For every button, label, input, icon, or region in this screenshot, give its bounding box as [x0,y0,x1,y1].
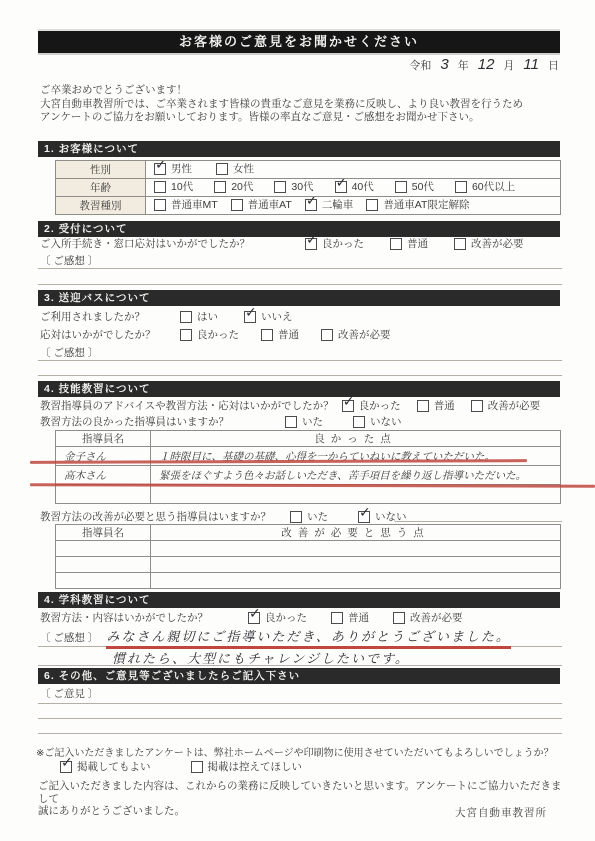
checkbox-unchecked-icon[interactable] [191,761,203,773]
checkbox-option-label: 普通 [348,610,369,625]
checkbox-option[interactable]: 20代 [214,179,253,194]
checkbox-unchecked-icon[interactable] [180,311,192,323]
school-signature: 大宮自動車教習所 [455,805,547,820]
gender-label: 性別 [56,161,146,179]
skill-q1-options: ✓良かった普通改善が必要 [342,398,541,413]
course-label: 教習種別 [56,197,146,215]
checkbox-option-label: 普通 [278,327,299,342]
check-mark: ✓ [306,197,318,207]
date-month-unit: 月 [503,57,514,73]
checkbox-option[interactable]: 普通車AT [231,197,292,212]
theory-comment-1[interactable]: みなさん親切にご指導いただき、ありがとうございました。 [106,626,510,649]
date-year-unit: 年 [458,57,469,73]
reception-feedback-label: 〔 ご感想 〕 [40,253,98,268]
good-point-header: 良かった点 [151,431,561,447]
write-in-line[interactable] [38,733,562,734]
table-header-row: 指導員名 改善が必要と思う点 [56,525,561,541]
date-day-value[interactable]: 11 [523,56,539,73]
checkbox-unchecked-icon[interactable] [353,416,365,428]
checkbox-unchecked-icon[interactable] [331,612,343,624]
checkbox-option-label: 50代 [412,179,434,194]
theory-feedback-row: 〔 ご感想 〕 みなさん親切にご指導いただき、ありがとうございました。 [40,626,511,649]
bus-service-question: 応対はいかがでしたか？ [40,327,180,342]
checkbox-option-label: いない [370,414,402,429]
feedback-label: 〔 ご感想 〕 [40,253,98,268]
instructor-name-cell[interactable] [56,573,151,589]
bus-used-options: はい✓いいえ [180,309,293,324]
checkbox-option-label: 30代 [291,179,313,194]
checkbox-checked-icon[interactable]: ✓ [154,163,166,175]
table-row [56,573,561,589]
checkbox-checked-icon[interactable]: ✓ [60,761,72,773]
checkbox-option-label: 改善が必要 [410,610,463,625]
date-line: 令和 3 年 12 月 11 日 [409,56,559,73]
bus-feedback-label: 〔 ご感想 〕 [40,345,98,360]
good-point-cell[interactable]: 緊張をほぐすよう色々お話しいただき、苦手項目を繰り返し指導いただいた。 [151,466,561,485]
course-options: 普通車MT普通車AT✓二輪車普通車AT限定解除 [154,197,469,212]
checkbox-option[interactable]: ✓40代 [335,179,374,194]
publish-question: ※ご記入いただきましたアンケートは、弊社ホームページや印刷物に使用させていただい… [36,744,554,759]
reception-question-row: ご入所手続き・窓口応対はいかがでしたか？ ✓良かった普通改善が必要 [40,236,524,251]
checkbox-option[interactable]: 改善が必要 [321,327,391,342]
date-year-value[interactable]: 3 [440,56,448,73]
skill-q3-row: 教習方法の改善が必要と思う指導員はいますか？ いた✓いない [40,509,407,524]
theory-options: ✓良かった普通改善が必要 [248,610,463,625]
checkbox-option[interactable]: 女性 [216,161,254,176]
intro-text: ご卒業おめでとうございます！ 大宮自動車教習所では、ご卒業されます皆様の貴重なご… [40,84,568,125]
checkbox-option-label: 掲載は控えてほしい [208,759,303,774]
checkbox-option-label: いた [302,414,323,429]
checkbox-unchecked-icon[interactable] [390,238,402,250]
checkbox-checked-icon[interactable]: ✓ [305,238,317,250]
instructor-name-cell[interactable]: 高木さん [56,466,151,485]
age-row: 年齢 10代20代30代✓40代50代60代以上 [56,179,561,197]
reception-question: ご入所手続き・窓口応対はいかがでしたか？ [40,236,305,251]
gender-options: ✓男性女性 [154,161,254,176]
checkbox-option[interactable]: 普通 [417,398,455,413]
checkbox-option[interactable]: 改善が必要 [393,610,463,625]
checkbox-option-label: 20代 [231,179,253,194]
checkbox-option-label: 普通 [434,398,455,413]
checkbox-option-label: 普通 [407,236,428,251]
skill-q2-row: 教習方法の良かった指導員はいますか？ いたいない [40,414,402,429]
checkbox-option[interactable]: ✓良かった [248,610,307,625]
checkbox-option-label: 普通車AT限定解除 [383,197,469,212]
survey-form-page: お客様のご意見をお聞かせください 令和 3 年 12 月 11 日 ご卒業おめで… [0,0,595,841]
checkbox-option[interactable]: 普通 [331,610,369,625]
checkbox-option[interactable]: 普通車MT [154,197,218,212]
bus-service-options: 良かった普通改善が必要 [180,327,391,342]
checkbox-unchecked-icon[interactable] [471,400,483,412]
theory-question: 教習方法・内容はいかがでしたか？ [40,610,248,625]
checkbox-option[interactable]: 掲載は控えてほしい [191,759,303,774]
improve-point-cell[interactable] [151,541,561,557]
improve-point-cell[interactable] [151,573,561,589]
checkbox-option[interactable]: いた [290,509,328,524]
checkbox-option-label: いいえ [261,309,293,324]
checkbox-option[interactable]: ✓掲載してもよい [60,759,151,774]
check-mark: ✓ [343,394,355,408]
intro-line-3: アンケートのご協力をお願いしております。皆様の率直なご意見・ご感想をお聞かせ下さ… [40,111,568,125]
checkbox-option-label: はい [197,309,218,324]
checkbox-checked-icon[interactable]: ✓ [335,181,347,193]
checkbox-checked-icon[interactable]: ✓ [244,311,256,323]
customer-info-table: 性別 ✓男性女性 年齢 10代20代30代✓40代50代60代以上 教習種別 普… [55,160,561,215]
bus-used-row: ご利用されましたか？ はい✓いいえ [40,309,293,324]
skill-q3-options: いた✓いない [290,509,407,524]
checkbox-option[interactable]: 普通 [390,236,428,251]
form-title: お客様のご意見をお聞かせください [179,34,419,49]
checkbox-unchecked-icon[interactable] [417,400,429,412]
write-in-line[interactable] [38,268,562,269]
check-mark: ✓ [359,505,371,519]
checkbox-option[interactable]: ✓いいえ [244,309,293,324]
checkbox-option[interactable]: ✓男性 [154,161,192,176]
checkbox-unchecked-icon[interactable] [285,416,297,428]
checkbox-option[interactable]: 改善が必要 [471,398,541,413]
age-label: 年齢 [56,179,146,197]
skill-q3: 教習方法の改善が必要と思う指導員はいますか？ [40,509,290,524]
checkbox-option-label: 良かった [359,398,401,413]
checkbox-option-label: 改善が必要 [338,327,391,342]
checkbox-unchecked-icon[interactable] [395,181,407,193]
checkbox-unchecked-icon[interactable] [321,329,333,341]
checkbox-option-label: 良かった [265,610,307,625]
checkbox-option[interactable]: 改善が必要 [454,236,524,251]
checkbox-option-label: 男性 [171,161,192,176]
check-mark: ✓ [336,179,348,189]
other-feedback-label: 〔 ご意見 〕 [40,686,98,701]
date-month-value[interactable]: 12 [478,56,495,73]
write-in-line[interactable] [38,375,562,376]
course-row: 教習種別 普通車MT普通車AT✓二輪車普通車AT限定解除 [56,197,561,215]
checkbox-unchecked-icon[interactable] [216,163,228,175]
checkbox-option[interactable]: 50代 [395,179,434,194]
checkbox-checked-icon[interactable]: ✓ [248,612,260,624]
checkbox-checked-icon[interactable]: ✓ [305,199,317,211]
checkbox-option[interactable]: 良かった [180,327,239,342]
section-bus-header: 3. 送迎バスについて [38,290,560,306]
checkbox-option-label: 普通車MT [171,197,218,212]
write-in-line[interactable] [38,718,562,719]
intro-line-1: ご卒業おめでとうございます！ [40,84,568,98]
checkbox-option[interactable]: ✓良かった [305,236,364,251]
improve-instructor-table: 指導員名 改善が必要と思う点 [55,524,561,589]
section-reception-header: 2. 受付について [38,221,560,237]
good-instructor-table: 指導員名 良かった点 金子さん １時限目に、基礎の基礎、心得を一からていねいに教… [55,430,561,504]
checkbox-unchecked-icon[interactable] [214,181,226,193]
checkbox-option[interactable]: 普通車AT限定解除 [366,197,469,212]
checkbox-option-label: いた [307,509,328,524]
checkbox-unchecked-icon[interactable] [366,199,378,211]
checkbox-unchecked-icon[interactable] [455,181,467,193]
section-theory-header: 4. 学科教習について [38,592,560,608]
checkbox-unchecked-icon[interactable] [261,329,273,341]
form-title-bar: お客様のご意見をお聞かせください [38,31,560,53]
reception-options: ✓良かった普通改善が必要 [305,236,524,251]
checkbox-option-label: 女性 [233,161,254,176]
feedback-label: 〔 ご感想 〕 [40,345,98,360]
checkbox-unchecked-icon[interactable] [393,612,405,624]
write-in-line[interactable] [38,360,562,361]
section-skill-header: 4. 技能教習について [38,381,560,397]
feedback-label: 〔 ご意見 〕 [40,686,98,701]
checkbox-option[interactable]: はい [180,309,218,324]
instructor-name-cell[interactable] [56,541,151,557]
publish-options: ✓掲載してもよい掲載は控えてほしい [60,759,302,774]
bus-service-row: 応対はいかがでしたか？ 良かった普通改善が必要 [40,327,391,342]
checkbox-option[interactable]: いた [285,414,323,429]
checkbox-option[interactable]: ✓良かった [342,398,401,413]
check-mark: ✓ [155,161,167,171]
checkbox-option[interactable]: 30代 [274,179,313,194]
improve-point-cell[interactable] [151,557,561,573]
checkbox-unchecked-icon[interactable] [231,199,243,211]
check-mark: ✓ [249,606,261,620]
checkbox-option[interactable]: 10代 [154,179,193,194]
table-header-row: 指導員名 良かった点 [56,431,561,447]
skill-q2-options: いたいない [285,414,402,429]
section-customer-header: 1. お客様について [38,141,560,157]
checkbox-unchecked-icon[interactable] [274,181,286,193]
table-row [56,557,561,573]
write-in-line[interactable] [38,284,562,285]
check-mark: ✓ [306,232,318,246]
theory-question-row: 教習方法・内容はいかがでしたか？ ✓良かった普通改善が必要 [40,610,463,625]
improve-point-header: 改善が必要と思う点 [151,525,561,541]
feedback-label: 〔 ご感想 〕 [40,630,98,645]
checkbox-option-label: 10代 [171,179,193,194]
checkbox-option[interactable]: 60代以上 [455,179,515,194]
table-row [56,541,561,557]
skill-q1: 教習指導員のアドバイスや教習方法・応対はいかがでしたか？ [40,398,334,413]
instructor-name-header: 指導員名 [56,525,151,541]
checkbox-unchecked-icon[interactable] [180,329,192,341]
intro-line-2: 大宮自動車教習所では、ご卒業されます皆様の貴重なご意見を業務に反映し、より良い教… [40,98,568,112]
checkbox-checked-icon[interactable]: ✓ [342,400,354,412]
section-other-header: 6. その他、ご意見等ございましたらご記入下さい [38,668,560,684]
checkbox-option-label: 良かった [197,327,239,342]
checkbox-option-label: 良かった [322,236,364,251]
checkbox-option-label: 掲載してもよい [77,759,151,774]
checkbox-option[interactable]: いない [353,414,402,429]
check-mark: ✓ [61,755,73,769]
instructor-name-cell[interactable] [56,485,151,504]
checkbox-option-label: 60代以上 [472,179,515,194]
closing-line-1: ご記入いただきました内容は、これからの業務に反映していきたいと思います。アンケー… [38,780,562,805]
date-era-label: 令和 [409,57,431,73]
checkbox-unchecked-icon[interactable] [154,181,166,193]
checkbox-unchecked-icon[interactable] [454,238,466,250]
checkbox-option-label: 改善が必要 [488,398,541,413]
checkbox-option[interactable]: ✓二輪車 [305,197,354,212]
table-row: 高木さん 緊張をほぐすよう色々お話しいただき、苦手項目を繰り返し指導いただいた。 [56,466,561,485]
checkbox-unchecked-icon[interactable] [290,511,302,523]
publish-question-text: ※ご記入いただきましたアンケートは、弊社ホームページや印刷物に使用させていただい… [36,744,554,759]
ruled-line [395,521,562,522]
date-day-unit: 日 [548,57,559,73]
checkbox-option[interactable]: 普通 [261,327,299,342]
skill-q1-row: 教習指導員のアドバイスや教習方法・応対はいかがでしたか？ ✓良かった普通改善が必… [40,398,540,413]
gender-row: 性別 ✓男性女性 [56,161,561,179]
checkbox-checked-icon[interactable]: ✓ [358,511,370,523]
checkbox-option-label: 改善が必要 [471,236,524,251]
bus-used-question: ご利用されましたか？ [40,309,180,324]
age-options: 10代20代30代✓40代50代60代以上 [154,179,515,194]
publish-options-row: ✓掲載してもよい掲載は控えてほしい [60,759,302,774]
checkbox-unchecked-icon[interactable] [154,199,166,211]
checkbox-option-label: 二輪車 [322,197,354,212]
check-mark: ✓ [245,305,257,319]
instructor-name-header: 指導員名 [56,431,151,447]
write-in-line[interactable] [38,703,562,704]
checkbox-option-label: 普通車AT [248,197,292,212]
instructor-name-cell[interactable] [56,557,151,573]
checkbox-option-label: 40代 [352,179,374,194]
skill-q2: 教習方法の良かった指導員はいますか？ [40,414,285,429]
